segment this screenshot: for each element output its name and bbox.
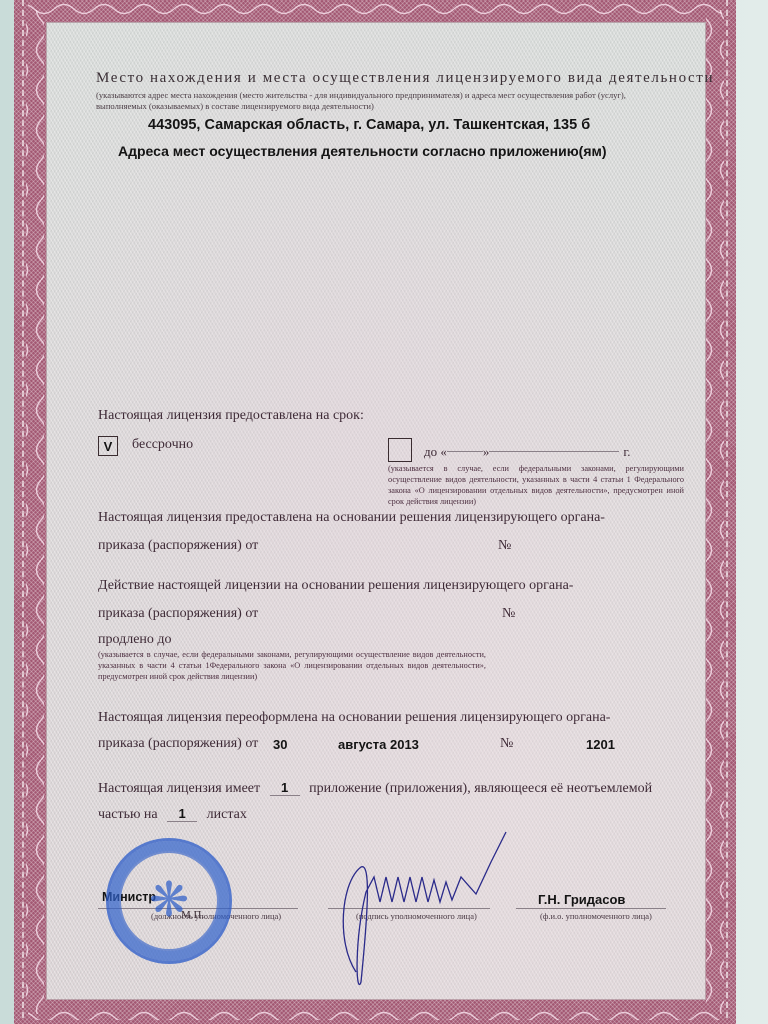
- reissue-number-sign: №: [500, 736, 513, 752]
- extension-until-label: продлено до: [98, 632, 172, 648]
- annex-prefix: Настоящая лицензия имеет: [98, 781, 260, 796]
- term-indefinite-checkbox[interactable]: V: [98, 436, 118, 456]
- license-border: Место нахождения и места осуществления л…: [14, 0, 736, 1024]
- annex-line: Настоящая лицензия имеет 1 приложение (п…: [98, 780, 652, 797]
- handwritten-signature: [316, 822, 546, 1002]
- grant-line2: приказа (распоряжения) от: [98, 538, 258, 554]
- annex-pages-suffix: листах: [207, 807, 247, 822]
- reissue-line1: Настоящая лицензия переоформлена на осно…: [98, 710, 610, 726]
- reissue-month-year: августа 2013: [338, 737, 419, 752]
- extension-number-sign: №: [502, 606, 515, 622]
- section-title: Место нахождения и места осуществления л…: [96, 70, 714, 87]
- term-until-month-field[interactable]: [489, 451, 619, 452]
- seal-label: М.П.: [181, 909, 204, 921]
- annex-pages-prefix: частью на: [98, 807, 158, 822]
- official-seal-stamp: ❋ М.П.: [106, 838, 232, 964]
- reissue-line2: приказа (распоряжения) от: [98, 736, 258, 752]
- term-until-note: (указывается в случае, если федеральными…: [388, 463, 684, 507]
- extension-note: (указывается в случае, если федеральными…: [98, 649, 486, 682]
- extension-line2: приказа (распоряжения) от: [98, 606, 258, 622]
- annex-pages: 1: [167, 806, 197, 822]
- annex-count: 1: [270, 780, 300, 796]
- grant-line1: Настоящая лицензия предоставлена на осно…: [98, 510, 605, 526]
- term-until-suffix: г.: [623, 444, 630, 459]
- extension-line1: Действие настоящей лицензии на основании…: [98, 578, 573, 594]
- section-note-line1: (указываются адрес места нахождения (мес…: [96, 90, 626, 101]
- term-until-prefix: до «: [424, 444, 447, 459]
- signatory-name: Г.Н. Гридасов: [538, 892, 625, 907]
- section-note-line2: выполняемых (оказываемых) в составе лице…: [96, 101, 374, 112]
- address-annex: Адреса мест осуществления деятельности с…: [118, 143, 607, 159]
- term-until-checkbox[interactable]: [388, 438, 412, 462]
- reissue-number: 1201: [586, 737, 615, 752]
- term-until-day-field[interactable]: [447, 451, 483, 452]
- reissue-day: 30: [273, 737, 287, 752]
- annex-suffix: приложение (приложения), являющееся её н…: [309, 781, 652, 796]
- check-mark: V: [104, 439, 113, 454]
- name-caption: (ф.и.о. уполномоченного лица): [540, 911, 652, 921]
- license-paper: Место нахождения и места осуществления л…: [46, 22, 706, 1000]
- term-indefinite-label: бессрочно: [132, 437, 193, 453]
- term-label: Настоящая лицензия предоставлена на срок…: [98, 408, 364, 424]
- address: 443095, Самарская область, г. Самара, ул…: [148, 117, 590, 133]
- double-headed-eagle-icon: ❋: [139, 869, 199, 933]
- annex-pages-line: частью на 1 листах: [98, 806, 247, 823]
- term-until-line: до «»г.: [424, 444, 631, 460]
- grant-number-sign: №: [498, 538, 511, 554]
